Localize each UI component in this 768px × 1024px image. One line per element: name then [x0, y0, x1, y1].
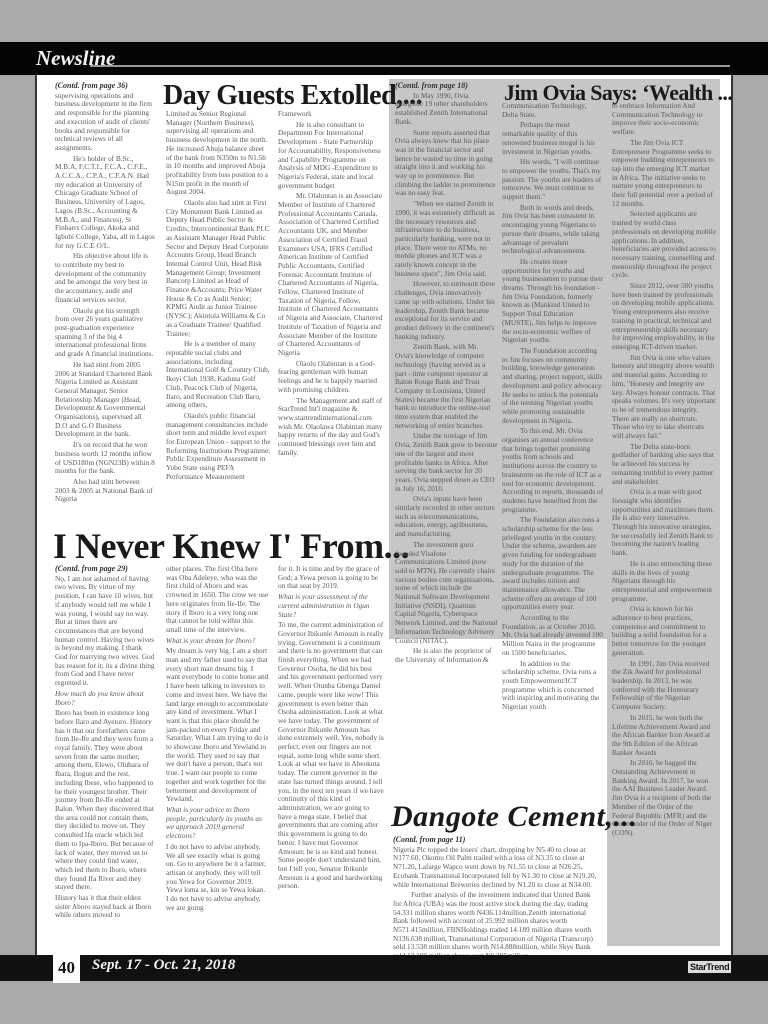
startrend-logo: StarTrend	[688, 961, 731, 973]
headline-dangote: Dangote Cement,...	[391, 800, 638, 834]
contd-label: (Contd. from page 36)	[55, 82, 155, 91]
contd-label: (Contd. from page 11)	[393, 836, 598, 845]
magazine-page: Newsline Day Guests Extolled,... (Contd.…	[0, 0, 768, 1024]
dangote-body: (Contd. from page 11) Nigeria Plc topped…	[393, 836, 598, 963]
day-guests-col-2: Limited as Senior Regional Manager (Nort…	[166, 110, 271, 484]
headline-never-knew: I Never Knew I' From...	[53, 525, 409, 567]
header-rule	[90, 65, 730, 67]
never-knew-col-1: (Contd. from page 29) No, I am not asham…	[55, 565, 155, 922]
issue-date: Sept. 17 - Oct. 21, 2018	[92, 957, 235, 974]
contd-label: (Contd. from page 18)	[395, 82, 498, 91]
page-number: 40	[53, 953, 80, 983]
day-guests-col-1: (Contd. from page 36) supervising operat…	[55, 82, 155, 506]
contd-label: (Contd. from page 29)	[55, 565, 155, 574]
never-knew-col-3: for it. It is time and by the grace of G…	[278, 565, 384, 893]
section-title: Newsline	[36, 46, 115, 71]
jim-ovia-col-2: Communication Technology, Delta State. P…	[502, 102, 604, 714]
day-guests-col-3: Framework He is also consultant to Depar…	[278, 110, 383, 459]
jim-ovia-col-1: (Contd. from page 18) In May 1990, Ovia …	[395, 82, 498, 667]
never-knew-col-2: other places. The first Oba here was Oba…	[166, 565, 269, 914]
headline-day-guests: Day Guests Extolled,...	[163, 80, 422, 112]
jim-ovia-col-3: to embrace Information And Communication…	[612, 102, 716, 840]
